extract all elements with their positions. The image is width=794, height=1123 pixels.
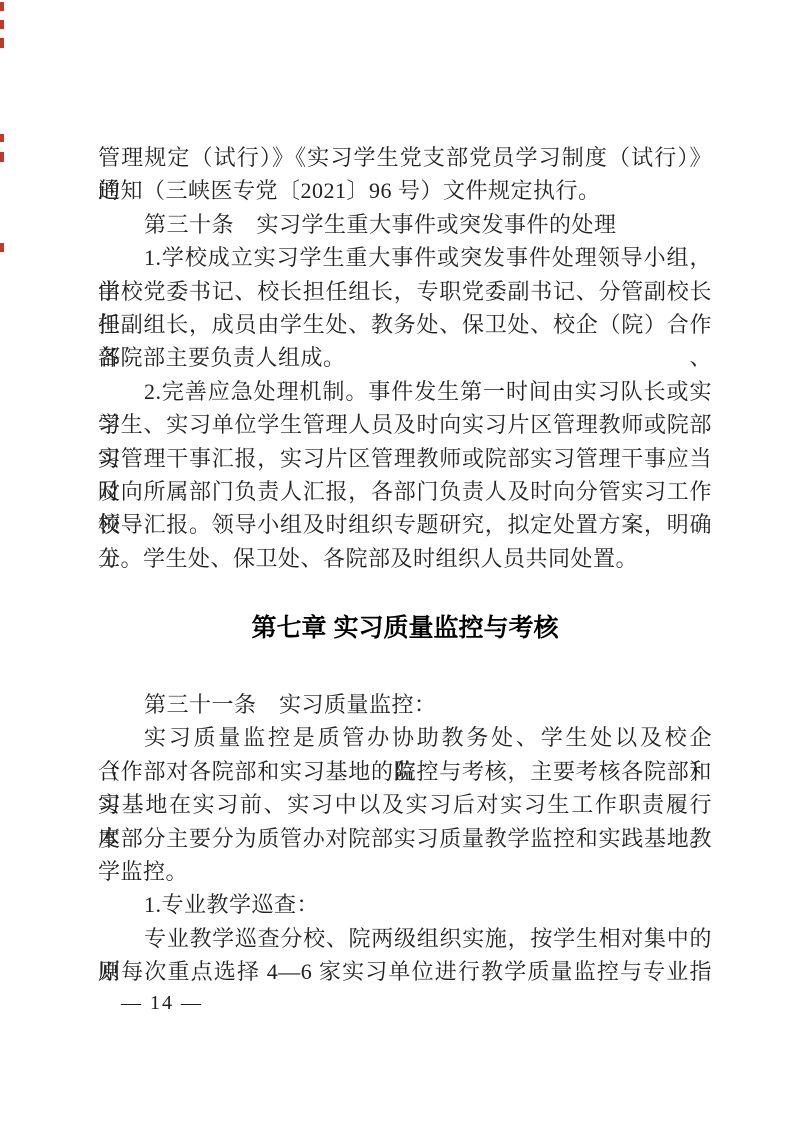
scan-artifact-mark (0, 38, 4, 48)
text-line: 习基地在实习前、实习中以及实习后对实习生工作职责履行度。 (98, 788, 712, 821)
text-line: 学生、实习单位学生管理人员及时向实习片区管理教师或院部实 (98, 408, 712, 441)
body-block-top: 管理规定（试行）》《实习学生党支部党员学习制度（试行）》的通知（三峡医专党〔20… (98, 141, 712, 575)
text-line: 领导汇报。领导小组及时组织专题研究，拟定处置方案，明确分 (98, 508, 712, 541)
text-line: 合作部对各院部和实习基地的监控与考核，主要考核各院部和实 (98, 755, 712, 788)
text-line: 1.专业教学巡查： (98, 888, 712, 921)
scan-artifact-mark (0, 2, 4, 11)
text-line: 时向所属部门负责人汇报，各部门负责人及时向分管实习工作校 (98, 475, 712, 508)
text-line: 专业教学巡查分校、院两级组织实施，按学生相对集中的原 (98, 922, 712, 955)
scan-artifact-mark (0, 20, 4, 29)
body-block-bottom: 第三十一条 实习质量监控：实习质量监控是质管办协助教务处、学生处以及校企（院）合… (98, 688, 712, 989)
text-line: 管理规定（试行）》《实习学生党支部党员学习制度（试行）》的 (98, 141, 712, 174)
text-line: 工。学生处、保卫处、各院部及时组织人员共同处置。 (98, 542, 712, 575)
page-number: — 14 — (121, 992, 203, 1015)
text-line: 1.学校成立实习学生重大事件或突发事件处理领导小组，由 (98, 241, 712, 274)
text-line: 学监控。 (98, 855, 712, 888)
scan-artifact-mark (0, 243, 4, 252)
scan-artifact-marks (0, 0, 6, 1123)
scan-artifact-mark (0, 134, 4, 142)
text-line: 通知（三峡医专党〔2021〕96 号）文件规定执行。 (98, 174, 712, 207)
text-line: 第三十条 实习学生重大事件或突发事件的处理 (98, 208, 712, 241)
document-page: 管理规定（试行）》《实习学生党支部党员学习制度（试行）》的通知（三峡医专党〔20… (0, 0, 794, 1123)
text-line: 2.完善应急处理机制。事件发生第一时间由实习队长或实习 (98, 375, 712, 408)
chapter-heading: 第七章 实习质量监控与考核 (98, 611, 712, 645)
text-line: 任副组长，成员由学生处、教务处、保卫处、校企（院）合作部、 (98, 308, 712, 341)
text-line: 实习质量监控是质管办协助教务处、学生处以及校企（院） (98, 721, 712, 754)
text-line: 第三十一条 实习质量监控： (98, 688, 712, 721)
scan-artifact-mark (0, 152, 4, 162)
text-line: 学校党委书记、校长担任组长，专职党委副书记、分管副校长担 (98, 275, 712, 308)
text-line: 则每次重点选择 4—6 家实习单位进行教学质量监控与专业指 (98, 955, 712, 988)
text-line: 本部分主要分为质管办对院部实习质量教学监控和实践基地教 (98, 822, 712, 855)
text-line: 习管理干事汇报，实习片区管理教师或院部实习管理干事应当及 (98, 442, 712, 475)
